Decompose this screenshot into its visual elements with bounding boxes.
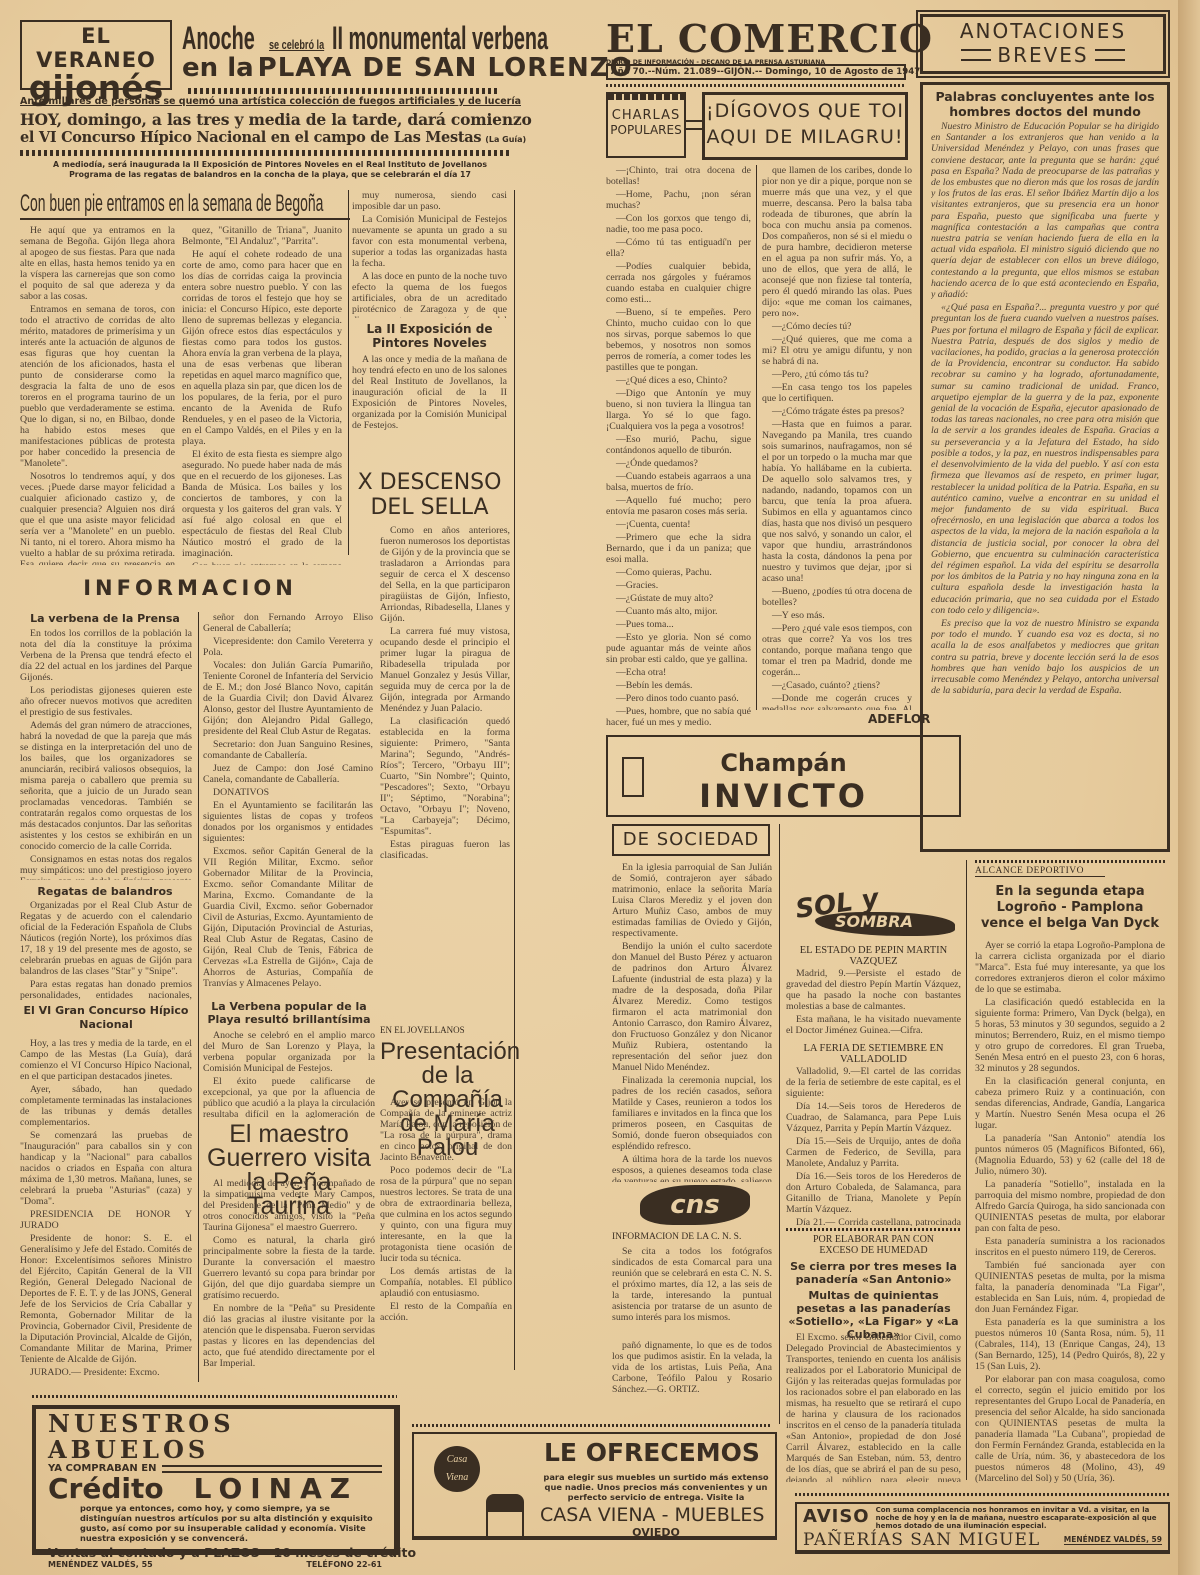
begona-col-2: quez, "Gitanillo de Triana", Juanito Bel… — [182, 225, 342, 565]
viena-chair-illustration — [486, 1494, 524, 1538]
paragraph: A las doce en punto de la noche tuvo efe… — [352, 271, 507, 318]
paragraph: DONATIVOS — [203, 787, 373, 798]
loinaz-brand-2: LOINAZ — [194, 1472, 358, 1505]
hipico-body: Hoy, a las tres y media de la tarde, en … — [20, 1038, 192, 1383]
loinaz-line-1: NUESTROS ABUELOS — [48, 1411, 382, 1463]
paragraph: Es preciso que la voz de nuestro Ministr… — [931, 618, 1159, 696]
viena-logo: Casa Viena — [434, 1446, 480, 1492]
paragraph: Se comenzará las pruebas de "Inauguració… — [20, 1130, 192, 1207]
paragraph: El éxito puede calificarse de excepciona… — [203, 1076, 375, 1118]
aviso-address: MENÉNDEZ VALDÉS, 59 — [1064, 1535, 1162, 1545]
anotaciones-headline: Palabras concluyentes ante los hombres d… — [931, 89, 1159, 119]
paragraph: muy numerosa, siendo casi imposible dar … — [352, 190, 507, 212]
viena-ad: Casa Viena LE OFRECEMOS para elegir sus … — [412, 1432, 777, 1540]
paragraph: Entramos en semana de toros, con todo el… — [20, 304, 175, 469]
verbena-prensa-title: La verbena de la Prensa — [20, 612, 190, 625]
wavy-rule — [188, 88, 500, 94]
headline-en-la: en la — [182, 53, 254, 83]
paragraph: —Esto ye gloria. Non sé como pude aguant… — [606, 632, 751, 665]
panaderia-body: El Excmo. señor Gobernador Civil, como D… — [786, 1332, 961, 1482]
paragraph: A última hora de la tarde los nuevos esp… — [612, 1154, 772, 1182]
panaderia-kicker-2: EXCESO DE HUMEDAD — [786, 1245, 961, 1256]
anotaciones-header-box: ANOTACIONES BREVES — [920, 14, 1166, 74]
paragraph: —Bebín les demás. — [606, 680, 751, 691]
newspaper-page: EL VERANEO gijonés Anoche se celebró la … — [0, 0, 1200, 1575]
jurado-body: señor don Fernando Arroyo Eliso General … — [203, 612, 373, 997]
paragraph: JURADO.— Presidente: Excmo. — [20, 1367, 192, 1378]
begona-title-text: Con buen pie entramos en la semana de Be… — [20, 190, 323, 218]
paragraph: —¡Chinto, trai otra docena de botellas! — [606, 165, 751, 187]
paragraph: —¿Casado, cuánto? ¿tiens? — [762, 680, 912, 691]
loinaz-brand-1: Crédito — [48, 1472, 164, 1505]
charlas-col-1: —¡Chinto, trai otra docena de botellas!—… — [606, 165, 751, 730]
paragraph: —¿Ónde quedamos? — [606, 458, 751, 469]
paragraph: —Donde me cogerán cruces y medallas por … — [762, 693, 912, 710]
paragraph: —¿Cómo decíes tú? — [762, 321, 912, 332]
paragraph: —Cómo tú tas entiguadí'n per ella? — [606, 237, 751, 259]
paragraph: Esta panadería es la que suministra a lo… — [975, 1317, 1165, 1372]
begona-col-1: He aquí que ya entramos en la semana de … — [20, 225, 175, 565]
paragraph: Esta panadería suministra a los racionad… — [975, 1236, 1165, 1258]
sella-body: Como en años anteriores, fueron numeroso… — [380, 525, 510, 1015]
paragraph: Vocales: don Julián García Pumariño, Ten… — [203, 660, 373, 737]
deportivo-body: Ayer se corrió la etapa Logroño-Pamplona… — [975, 940, 1165, 1485]
panaderia-title-1: Se cierra por tres meses la panadería «S… — [786, 1260, 961, 1286]
column-rule — [966, 860, 967, 1480]
paragraph: Nuestro Ministro de Educación Popular se… — [931, 121, 1159, 300]
paragraph: Secretario: don Juan Sanguino Resines, c… — [203, 739, 373, 761]
anotaciones-body: Nuestro Ministro de Educación Popular se… — [931, 121, 1159, 841]
regatas-title: Regatas de balandros — [20, 885, 190, 898]
paragraph: —Pues, hombre, que no sabía qué hacer, f… — [606, 706, 751, 728]
paragraph: El Excmo. señor Gobernador Civil, como D… — [786, 1332, 961, 1482]
paragraph: La clasificación quedó establecida en la… — [975, 997, 1165, 1074]
paragraph: Nosotros lo tendremos aquí, y dos veces.… — [20, 471, 175, 565]
loinaz-body: porque ya entonces, como hoy, y como sie… — [80, 1503, 382, 1543]
paragraph: —Bueno, sí te empeñes. Pero Chinto, much… — [606, 307, 751, 373]
column-rule — [756, 165, 757, 710]
paragraph: —Pero dinos todo cuanto pasó. — [606, 693, 751, 704]
aviso-title: AVISO — [803, 1506, 870, 1527]
charlas-col-2: que llamen de los caribes, donde lo pior… — [762, 165, 912, 710]
paragraph: —Y eso más. — [762, 610, 912, 621]
begona-title: Con buen pie entramos en la semana de Be… — [20, 190, 350, 220]
paragraph: que llamen de los caribes, donde lo pior… — [762, 165, 912, 319]
dotted-rule — [795, 1493, 1170, 1496]
headline-anoche: Anoche — [182, 20, 255, 57]
paragraph: Los periodistas gijoneses quieren este a… — [20, 685, 192, 718]
paragraph: Hoy, a las tres y media de la tarde, en … — [20, 1038, 192, 1082]
paragraph: El éxito de esta fiesta es siempre algo … — [182, 449, 342, 559]
sociedad-header: DE SOCIEDAD — [612, 824, 770, 856]
paragraph: Para estas regatas han donado premios pe… — [20, 979, 192, 1000]
paragraph: En nombre de la "Peña" su Presidente dió… — [203, 1303, 375, 1369]
charlas-title-1: ¡DÍGOVOS QUE TOI — [705, 100, 905, 122]
hipico-title: El VI Gran Concurso Hípico Nacional — [20, 1004, 192, 1032]
paragraph: «¿Qué pasa en España?... pregunta vuestr… — [931, 302, 1159, 616]
paragraph: Excmos. señor Capitán General de la VII … — [203, 846, 373, 989]
paragraph: En la clasificación general conjunta, en… — [975, 1076, 1165, 1131]
palou-body: Ayer se presentó en Gijón la Compañía de… — [380, 1097, 512, 1372]
paragraph: quez, "Gitanillo de Triana", Juanito Bel… — [182, 225, 342, 247]
paragraph: Día 14.—Seis toros de Herederos de Cuadr… — [786, 1101, 961, 1134]
column-rule — [514, 190, 515, 1370]
paragraph: —¿Cómo trágate éstes pa presos? — [762, 406, 912, 417]
panaderia-kicker-1: POR ELABORAR PAN CON — [786, 1234, 961, 1245]
paragraph: —Cuanto más alto, mijor. — [606, 606, 751, 617]
paragraph: A las once y media de la mañana de hoy t… — [352, 354, 507, 431]
pepin-body: Madrid, 9.—Persiste el estado de graveda… — [786, 968, 961, 1040]
sub-headline-2: Programa de las regatas de balandros en … — [20, 170, 520, 179]
champan-line-2: INVICTO — [608, 777, 959, 815]
paragraph: —Pero, ¿tú cómo tás tu? — [762, 369, 912, 380]
paragraph: Ayer se corrió la etapa Logroño-Pamplona… — [975, 940, 1165, 995]
paragraph: He aquí el cohete rodeado de una corte d… — [182, 249, 342, 447]
paragraph: —Hasta que en fuimos a parar. Navegando … — [762, 419, 912, 584]
headline-deck: Ante millares de personas se quemó una a… — [20, 96, 510, 107]
viena-body: para elegir sus muebles un surtido más e… — [540, 1472, 772, 1502]
headline-verbena: II monumental verbena — [332, 20, 548, 57]
paragraph: —Pero ¿qué vale esos tiempos, con otras … — [762, 623, 912, 678]
aviso-brand: PAÑERÍAS SAN MIGUEL — [803, 1530, 1040, 1550]
paragraph: —Eso murió, Pachu, sigue contándonos aqu… — [606, 434, 751, 456]
paragraph: Día 15.—Seis de Urquijo, antes de doña C… — [786, 1136, 961, 1169]
paragraph: Juez de Campo: don José Camino Canela, c… — [203, 763, 373, 785]
headline-celebro: se celebró la — [269, 37, 324, 52]
sella-title: X DESCENSO DEL SELLA — [352, 470, 507, 520]
paragraph: —Echa otra! — [606, 667, 751, 678]
paragraph: PRESIDENCIA DE HONOR Y JURADO — [20, 1209, 192, 1231]
paragraph: Ayer, sábado, han quedado completamente … — [20, 1084, 192, 1128]
paragraph: —Home, Pachu, ¡non séran muchas? — [606, 189, 751, 211]
paragraph: —Podíes cualquier bebida, cerrada nos gá… — [606, 261, 751, 305]
paragraph: Con buen pie entramos en la semana de Be… — [182, 561, 342, 565]
aviso-ad: AVISO Con suma complacencia nos honramos… — [795, 1502, 1170, 1554]
begona-col-3: muy numerosa, siendo casi imposible dar … — [352, 190, 507, 318]
issue-text: Año 70.--Núm. 21.089--GIJÓN.-- Domingo, … — [608, 66, 904, 78]
paragraph: En todos los corrillos de la población l… — [20, 628, 192, 683]
paragraph: También fué sancionada ayer con QUINIENT… — [975, 1260, 1165, 1315]
paragraph: En la iglesia parroquial de San Julián d… — [612, 862, 772, 939]
champan-ad: Champán INVICTO — [606, 735, 961, 817]
issue-line: Año 70.--Núm. 21.089--GIJÓN.-- Domingo, … — [606, 64, 906, 80]
sub-headline-1: A mediodía, será inaugurada la II Exposi… — [20, 160, 520, 169]
deportivo-kicker: ALCANCE DEPORTIVO — [975, 866, 1105, 877]
masthead-title: EL COMERCIO — [606, 20, 906, 58]
paragraph: Como es natural, la charla giró principa… — [203, 1235, 375, 1301]
wavy-rule-2 — [20, 150, 510, 156]
paragraph: —¿Qué dices a eso, Chinto? — [606, 375, 751, 386]
verbena-prensa-body: En todos los corrillos de la población l… — [20, 628, 192, 880]
paragraph: A continuación se permitirá la entrada a… — [352, 433, 507, 434]
paragraph: —En casa tengo tos los papeles que lo ce… — [762, 382, 912, 404]
paragraph: —Bueno, ¿podíes tú otra docena de botell… — [762, 586, 912, 608]
cns-body: Se cita a todos los fotógrafos sindicado… — [612, 1246, 772, 1336]
headline-playa: PLAYA DE SAN LORENZO — [258, 53, 633, 83]
verbena-popular-body: Anoche se celebró en el amplio marco del… — [203, 1030, 375, 1118]
charlas-label-2: POPULARES — [608, 123, 684, 137]
loinaz-ventas: Ventas al contado y a PLAZOS - 10 meses … — [48, 1545, 382, 1560]
feria-body: Valladolid, 9.—El cartel de las corridas… — [786, 1066, 961, 1226]
champan-logo — [622, 757, 644, 797]
charlas-label-box: CHARLAS POPULARES — [606, 92, 686, 158]
loinaz-ad: NUESTROS ABUELOS YA COMPRABAN EN Crédito… — [32, 1405, 400, 1555]
paragraph: Además del gran número de atracciones, h… — [20, 720, 192, 852]
paragraph: En el Ayuntamiento se facilitarán las si… — [203, 800, 373, 844]
top-headline: Anoche se celebró la II monumental verbe… — [182, 20, 502, 83]
dotted-rule — [975, 860, 1165, 863]
paragraph: Organizadas por el Real Club Astur de Re… — [20, 900, 192, 977]
dotted-rule — [786, 1228, 961, 1231]
charlas-connector — [686, 120, 702, 122]
column-rule — [779, 824, 780, 1424]
viena-logo-1: Casa — [434, 1454, 480, 1466]
paragraph: He aquí que ya entramos en la semana de … — [20, 225, 175, 302]
viena-logo-2: Viena — [434, 1472, 480, 1484]
charlas-label-1: CHARLAS — [608, 108, 684, 123]
expo-body: A las once y media de la mañana de hoy t… — [352, 354, 507, 434]
informacion-title: INFORMACION — [20, 576, 360, 600]
cns-logo: cns — [640, 1185, 750, 1225]
cns-logo-text: cns — [640, 1185, 750, 1225]
paragraph: —Aquello fué mucho; pero entovía me pasa… — [606, 495, 751, 517]
paragraph: Valladolid, 9.—El cartel de las corridas… — [786, 1066, 961, 1099]
sombra-logo-text: SOMBRA — [835, 912, 913, 931]
paragraph: —Digo que Antonín ye muy bueno, si non t… — [606, 388, 751, 432]
paragraph: Finalizada la ceremonia nupcial, los pad… — [612, 1075, 772, 1152]
masthead: EL COMERCIO DIARIO DE INFORMACIÓN - DECA… — [606, 20, 906, 66]
paragraph: —Con los gorxos que tengo di, nadie, too… — [606, 213, 751, 235]
paragraph: —Gracies. — [606, 580, 751, 591]
verbena-popular-title: La Verbena popular de la Playa resultó b… — [203, 1000, 375, 1026]
paragraph: —Cuando estabeis agarraos a una balsa, m… — [606, 471, 751, 493]
palou-continued: pañó dignamente, lo que es de todos los … — [612, 1340, 772, 1415]
paragraph: —Como quieras, Pachu. — [606, 567, 751, 578]
paragraph: Día 16.—Seis toros de los Herederos de d… — [786, 1171, 961, 1215]
paragraph: —¿Qué quieres, que me coma a mi? El otru… — [762, 334, 912, 367]
anotaciones-title-1: ANOTACIONES — [923, 19, 1163, 43]
charlas-title-box: ¡DÍGOVOS QUE TOI AQUI DE MILAGRU! — [702, 92, 908, 160]
jovellanos-kicker: EN EL JOVELLANOS — [380, 1025, 465, 1035]
page-edge-shadow — [1178, 0, 1200, 1575]
column-rule — [198, 612, 199, 1382]
second-headline-note: (La Guía) — [485, 135, 526, 144]
paragraph: Al mediodía de ayer, y acompañado de la … — [203, 1178, 375, 1233]
loinaz-phone: TELÉFONO 22-61 — [306, 1560, 382, 1569]
viena-city: OVIEDO — [540, 1526, 772, 1539]
champan-line-1: Champán — [608, 749, 959, 777]
viena-title: LE OFRECEMOS — [544, 1438, 760, 1467]
paragraph: La panadería "Sotiello", instalada en la… — [975, 1179, 1165, 1234]
paragraph: —¿Gústate de muy alto? — [606, 593, 751, 604]
paragraph: Día 21.— Corrida castellana, patrocinada… — [786, 1217, 961, 1226]
paragraph: Madrid, 9.—Persiste el estado de graveda… — [786, 968, 961, 1012]
paragraph: La Comisión Municipal de Festejos nuevam… — [352, 214, 507, 269]
anotaciones-title-2: BREVES — [997, 43, 1088, 67]
feria-title: LA FERIA DE SETIEMBRE EN VALLADOLID — [786, 1043, 961, 1065]
cns-title: INFORMACION DE LA C. N. S. — [612, 1232, 777, 1242]
paragraph: Esta mañana, le ha visitado nuevamente e… — [786, 1014, 961, 1036]
paragraph: Anoche se celebró en el amplio marco del… — [203, 1030, 375, 1074]
regatas-body: Organizadas por el Real Club Astur de Re… — [20, 900, 192, 1000]
second-headline-line1: HOY, domingo, a las tres y media de la t… — [20, 110, 515, 129]
expo-title: La II Exposición de Pintores Noveles — [352, 322, 507, 350]
paragraph: Se cita a todos los fotógrafos sindicado… — [612, 1246, 772, 1323]
charlas-connector-2 — [686, 128, 702, 130]
paragraph: Bendijo la unión el culto sacerdote don … — [612, 941, 772, 1073]
paragraph: —¡Cuenta, cuenta! — [606, 519, 751, 530]
paragraph: Por elaborar pan con masa coagulosa, com… — [975, 1374, 1165, 1484]
dotted-rule — [32, 1395, 397, 1398]
sociedad-title: DE SOCIEDAD — [614, 826, 768, 854]
paragraph: —Primero que eche la sidra Bernardo, que… — [606, 532, 751, 565]
guerrero-body: Al mediodía de ayer, y acompañado de la … — [203, 1178, 375, 1373]
sociedad-body: En la iglesia parroquial de San Julián d… — [612, 862, 772, 1182]
paragraph: señor don Fernando Arroyo Eliso General … — [203, 612, 373, 634]
loinaz-address: MENÉNDEZ VALDÉS, 55 — [48, 1560, 153, 1569]
paragraph: La panadería "San Antonio" atendía los p… — [975, 1133, 1165, 1177]
paragraph: Presidente de honor: S. E. el Generalísi… — [20, 1233, 192, 1365]
pepin-title: EL ESTADO DE PEPIN MARTIN VAZQUEZ — [786, 945, 961, 967]
column-rule — [348, 190, 349, 555]
viena-brand: CASA VIENA - MUEBLES — [540, 1504, 764, 1526]
veraneo-line1: EL VERANEO — [22, 24, 170, 72]
sol-y-sombra-logo: SOL y SOMBRA — [795, 884, 955, 944]
deportivo-title: En la segunda etapa Logroño - Pamplona v… — [975, 884, 1165, 932]
second-headline-line2: el VI Concurso Hípico Nacional en el cam… — [20, 129, 481, 146]
paragraph: —Pues toma... — [606, 619, 751, 630]
dotted-rule — [412, 1424, 772, 1427]
paragraph: Consignamos en estas notas dos regalos m… — [20, 854, 192, 880]
paragraph: Vicepresidente: don Camilo Vereterra y P… — [203, 636, 373, 658]
veraneo-box: EL VERANEO gijonés — [20, 20, 172, 90]
masthead-ornament — [606, 84, 906, 87]
charlas-title-2: AQUI DE MILAGRU! — [705, 126, 905, 148]
second-headline: HOY, domingo, a las tres y media de la t… — [20, 110, 515, 147]
